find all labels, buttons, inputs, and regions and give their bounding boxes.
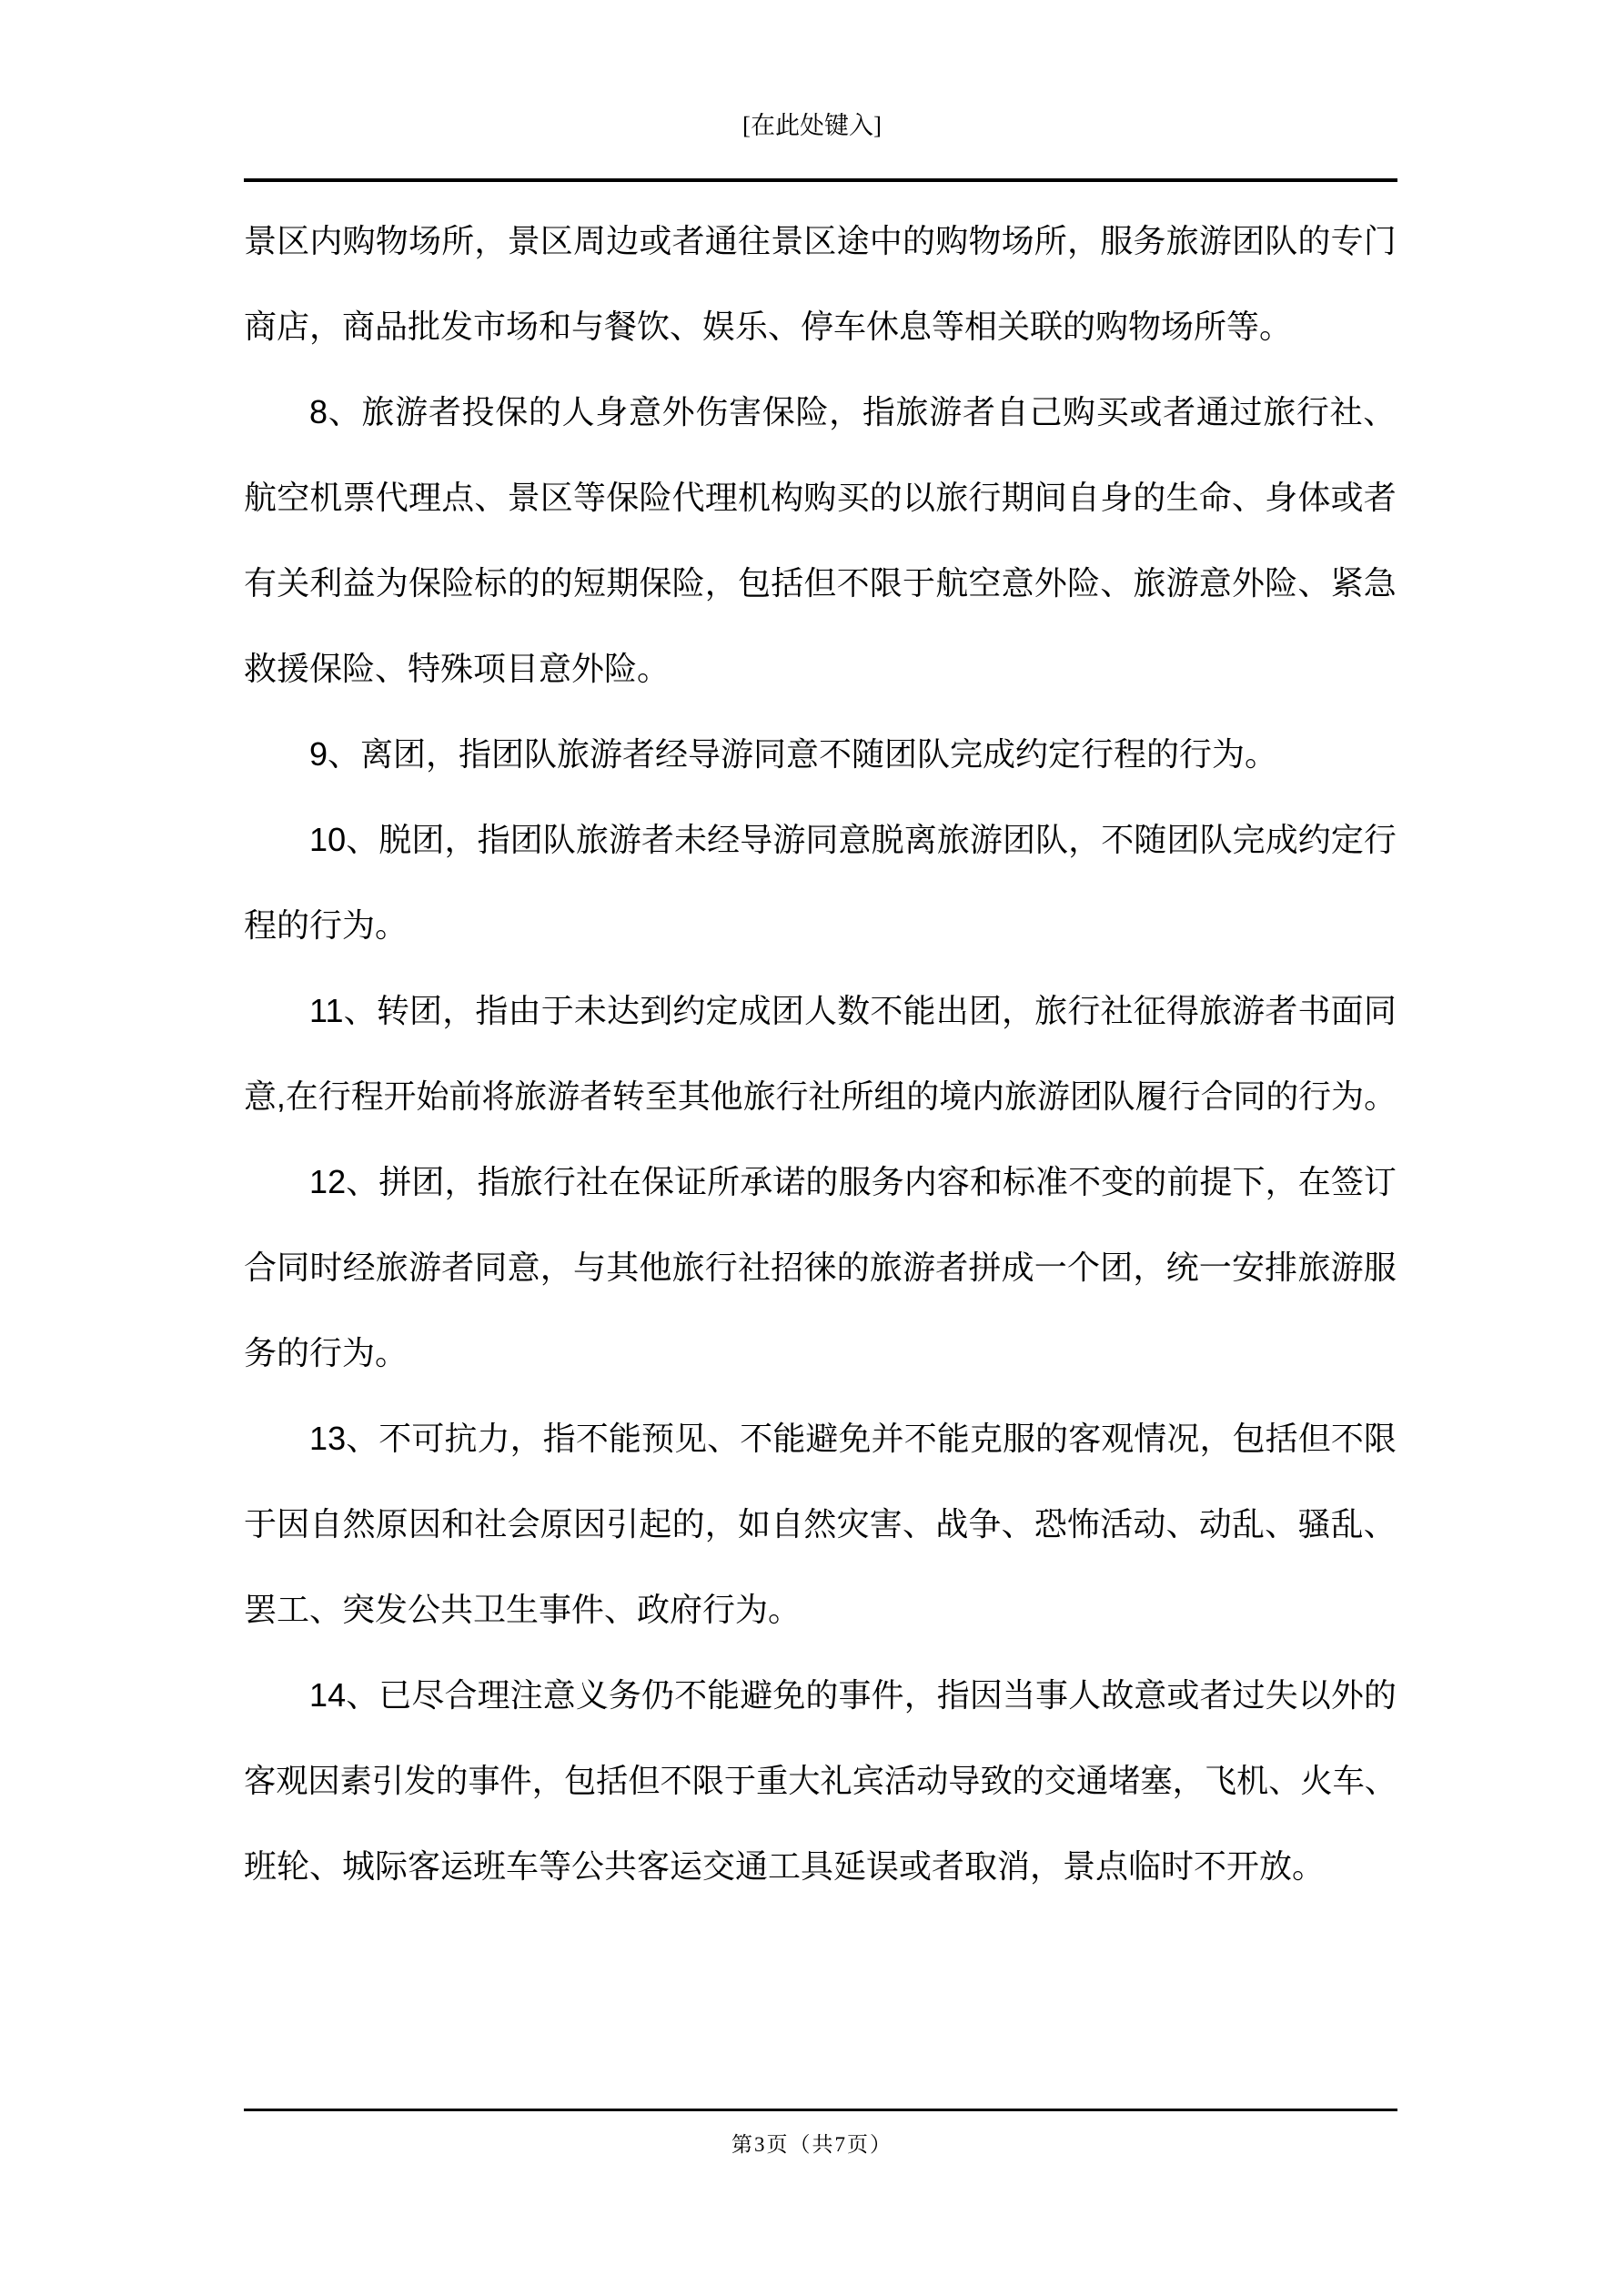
body-line-text: 有关利益为保险标的的短期保险，包括但不限于航空意外险、旅游意外险、紧急 bbox=[244, 566, 1397, 601]
body-line: 务的行为。 bbox=[244, 1285, 1397, 1371]
body-line: 10、脱团，指团队旅游者未经导游同意脱离旅游团队，不随团队完成约定行 bbox=[244, 772, 1397, 857]
body-line-text: 景区内购物场所，景区周边或者通往景区途中的购物场所，服务旅游团队的专门 bbox=[244, 224, 1397, 258]
body-line: 意,在行程开始前将旅游者转至其他旅行社所组的境内旅游团队履行合同的行为。 bbox=[244, 1028, 1397, 1114]
body-line: 13、不可抗力，指不能预见、不能避免并不能克服的客观情况，包括但不限 bbox=[244, 1371, 1397, 1456]
body-line: 8、旅游者投保的人身意外伤害保险，指旅游者自己购买或者通过旅行社、 bbox=[244, 344, 1397, 430]
body-line-text: 8、旅游者投保的人身意外伤害保险，指旅游者自己购买或者通过旅行社、 bbox=[309, 395, 1397, 430]
body-line-text: 9、离团，指团队旅游者经导游同意不随团队完成约定行程的行为。 bbox=[309, 737, 1277, 772]
body-line-text: 于因自然原因和社会原因引起的，如自然灾害、战争、恐怖活动、动乱、骚乱、 bbox=[244, 1507, 1397, 1542]
body-line-text: 救援保险、特殊项目意外险。 bbox=[244, 652, 670, 686]
body-line-text: 10、脱团，指团队旅游者未经导游同意脱离旅游团队，不随团队完成约定行 bbox=[309, 823, 1397, 857]
body-line: 商店，商品批发市场和与餐饮、娱乐、停车休息等相关联的购物场所等。 bbox=[244, 258, 1397, 344]
body-line: 罢工、突发公共卫生事件、政府行为。 bbox=[244, 1542, 1397, 1627]
body-line: 14、已尽合理注意义务仍不能避免的事件，指因当事人故意或者过失以外的 bbox=[244, 1627, 1397, 1713]
document-page: [在此处键入] 景区内购物场所，景区周边或者通往景区途中的购物场所，服务旅游团队… bbox=[0, 0, 1624, 2296]
body-line-text: 客观因素引发的事件，包括但不限于重大礼宾活动导致的交通堵塞，飞机、火车、 bbox=[244, 1764, 1397, 1798]
page-number: 第3页（共7页） bbox=[0, 2128, 1624, 2158]
body-line-text: 意,在行程开始前将旅游者转至其他旅行社所组的境内旅游团队履行合同的行为。 bbox=[244, 1079, 1397, 1114]
header-placeholder: [在此处键入] bbox=[0, 113, 1624, 140]
body-line-text: 罢工、突发公共卫生事件、政府行为。 bbox=[244, 1593, 801, 1627]
body-line-text: 务的行为。 bbox=[244, 1336, 408, 1371]
body-line: 救援保险、特殊项目意外险。 bbox=[244, 601, 1397, 686]
body-line-text: 11、转团，指由于未达到约定成团人数不能出团，旅行社征得旅游者书面同 bbox=[309, 994, 1397, 1028]
body-line-text: 12、拼团，指旅行社在保证所承诺的服务内容和标准不变的前提下，在签订 bbox=[309, 1165, 1397, 1199]
footer-rule bbox=[244, 2108, 1397, 2111]
body-line: 于因自然原因和社会原因引起的，如自然灾害、战争、恐怖活动、动乱、骚乱、 bbox=[244, 1456, 1397, 1542]
body-line: 12、拼团，指旅行社在保证所承诺的服务内容和标准不变的前提下，在签订 bbox=[244, 1114, 1397, 1199]
body-line-text: 14、已尽合理注意义务仍不能避免的事件，指因当事人故意或者过失以外的 bbox=[309, 1678, 1397, 1713]
document-body: 景区内购物场所，景区周边或者通往景区途中的购物场所，服务旅游团队的专门商店，商品… bbox=[244, 173, 1397, 1884]
body-line-text: 合同时经旅游者同意，与其他旅行社招徕的旅游者拼成一个团，统一安排旅游服 bbox=[244, 1250, 1397, 1285]
body-line-text: 商店，商品批发市场和与餐饮、娱乐、停车休息等相关联的购物场所等。 bbox=[244, 309, 1292, 344]
body-line: 航空机票代理点、景区等保险代理机构购买的以旅行期间自身的生命、身体或者 bbox=[244, 430, 1397, 515]
body-line: 客观因素引发的事件，包括但不限于重大礼宾活动导致的交通堵塞，飞机、火车、 bbox=[244, 1713, 1397, 1798]
body-line-text: 13、不可抗力，指不能预见、不能避免并不能克服的客观情况，包括但不限 bbox=[309, 1421, 1397, 1456]
body-line: 程的行为。 bbox=[244, 857, 1397, 943]
body-line: 景区内购物场所，景区周边或者通往景区途中的购物场所，服务旅游团队的专门 bbox=[244, 173, 1397, 258]
body-line-text: 班轮、城际客运班车等公共客运交通工具延误或者取消，景点临时不开放。 bbox=[244, 1849, 1325, 1884]
body-line-text: 程的行为。 bbox=[244, 908, 408, 943]
body-line: 班轮、城际客运班车等公共客运交通工具延误或者取消，景点临时不开放。 bbox=[244, 1798, 1397, 1884]
body-line: 11、转团，指由于未达到约定成团人数不能出团，旅行社征得旅游者书面同 bbox=[244, 943, 1397, 1028]
body-line: 有关利益为保险标的的短期保险，包括但不限于航空意外险、旅游意外险、紧急 bbox=[244, 515, 1397, 601]
body-line: 合同时经旅游者同意，与其他旅行社招徕的旅游者拼成一个团，统一安排旅游服 bbox=[244, 1199, 1397, 1285]
body-line-text: 航空机票代理点、景区等保险代理机构购买的以旅行期间自身的生命、身体或者 bbox=[244, 480, 1397, 515]
body-line: 9、离团，指团队旅游者经导游同意不随团队完成约定行程的行为。 bbox=[244, 686, 1397, 772]
